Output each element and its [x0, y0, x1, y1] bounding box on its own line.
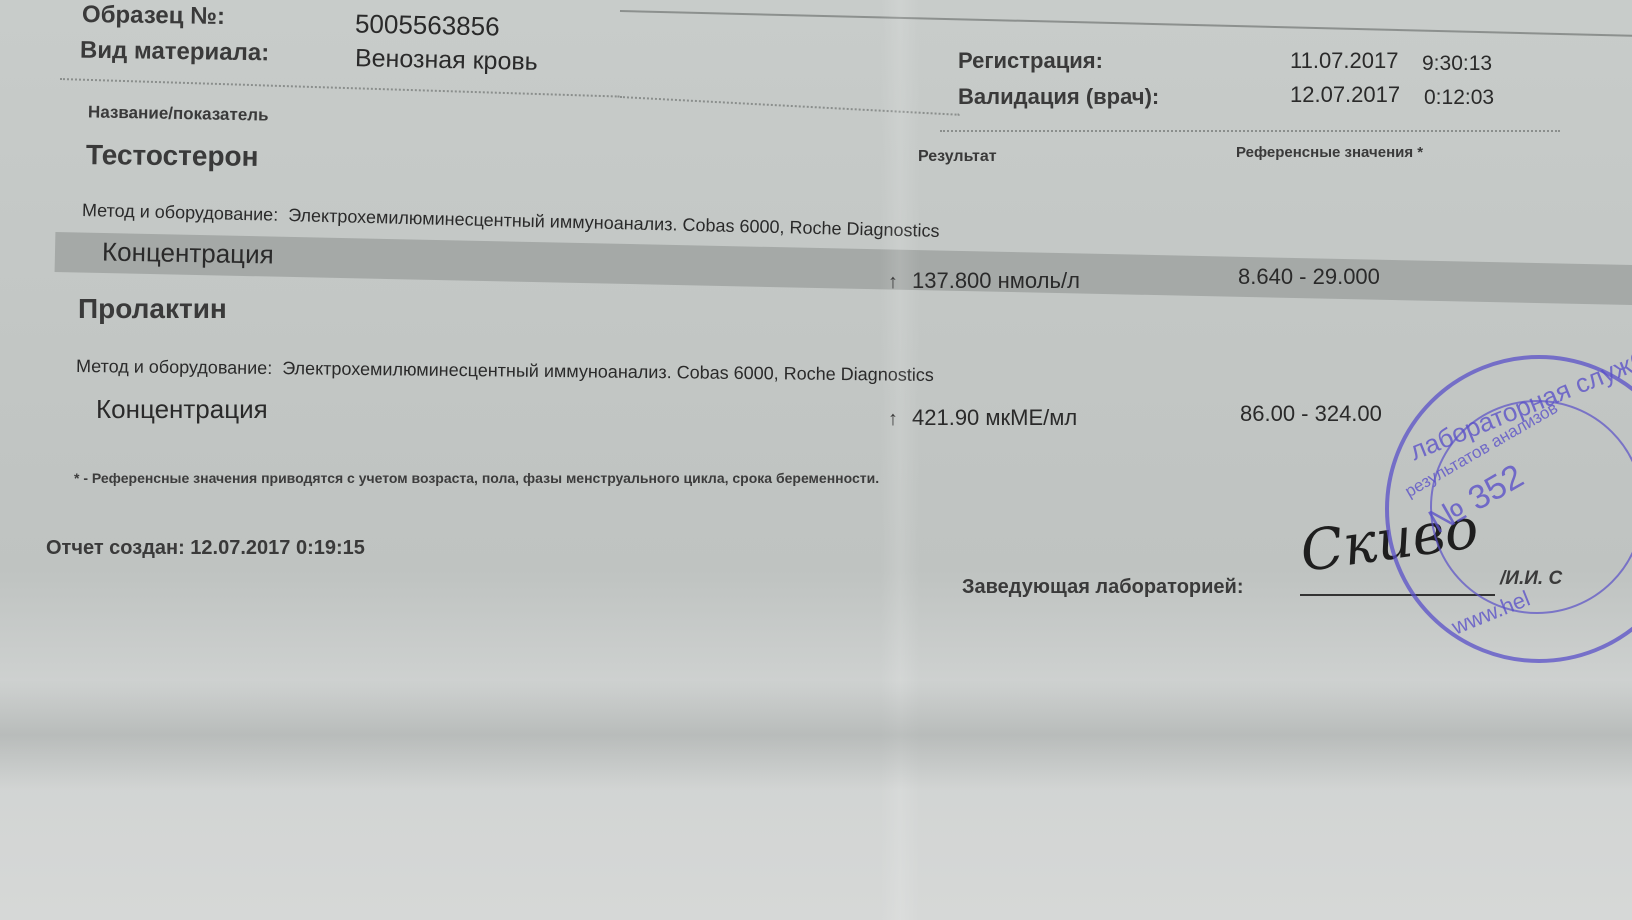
registration-label: Регистрация:: [958, 48, 1103, 74]
method-label: Метод и оборудование:: [82, 200, 279, 225]
footnote: * - Референсные значения приводятся с уч…: [74, 470, 879, 486]
reference-value: 86.00 - 324.00: [1240, 401, 1382, 427]
sample-value: 5005563856: [355, 8, 500, 42]
paper-fold: [880, 0, 920, 920]
method-value: Электрохемилюминесцентный иммуноанализ. …: [282, 358, 934, 385]
validation-time: 0:12:03: [1424, 86, 1494, 110]
registration-time: 9:30:13: [1422, 52, 1492, 76]
sample-label: Образец №:: [82, 1, 225, 31]
validation-date: 12.07.2017: [1290, 82, 1400, 108]
divider: [940, 130, 1560, 132]
column-name-header: Название/показатель: [88, 102, 269, 125]
material-value: Венозная кровь: [355, 44, 538, 77]
validation-label: Валидация (врач):: [958, 84, 1159, 110]
method-value: Электрохемилюминесцентный иммуноанализ. …: [288, 205, 940, 241]
report-created: Отчет создан: 12.07.2017 0:19:15: [46, 537, 365, 560]
column-result-header: Результат: [918, 148, 997, 166]
reference-value: 8.640 - 29.000: [1238, 264, 1380, 290]
divider: [60, 78, 620, 98]
test-title-testosterone: Тестостерон: [86, 139, 259, 173]
registration-date: 11.07.2017: [1290, 48, 1398, 74]
lab-report-sheet: Образец №: 5005563856 Вид материала: Вен…: [0, 0, 1632, 700]
result-text: 421.90 мкМЕ/мл: [912, 405, 1077, 430]
method-label: Метод и оборудование:: [76, 356, 272, 378]
param-label: Концентрация: [96, 394, 268, 425]
paper-edge: [620, 10, 1632, 37]
signature-label: Заведующая лабораторией:: [962, 576, 1244, 599]
test-title-prolactin: Пролактин: [78, 293, 227, 325]
param-label: Концентрация: [102, 237, 274, 271]
result-text: 137.800 нмоль/л: [912, 268, 1080, 293]
column-reference-header: Референсные значения *: [1236, 144, 1423, 161]
method-row: Метод и оборудование: Электрохемилюминес…: [76, 356, 934, 386]
highlight-band: [55, 232, 1632, 305]
material-label: Вид материала:: [80, 37, 270, 68]
